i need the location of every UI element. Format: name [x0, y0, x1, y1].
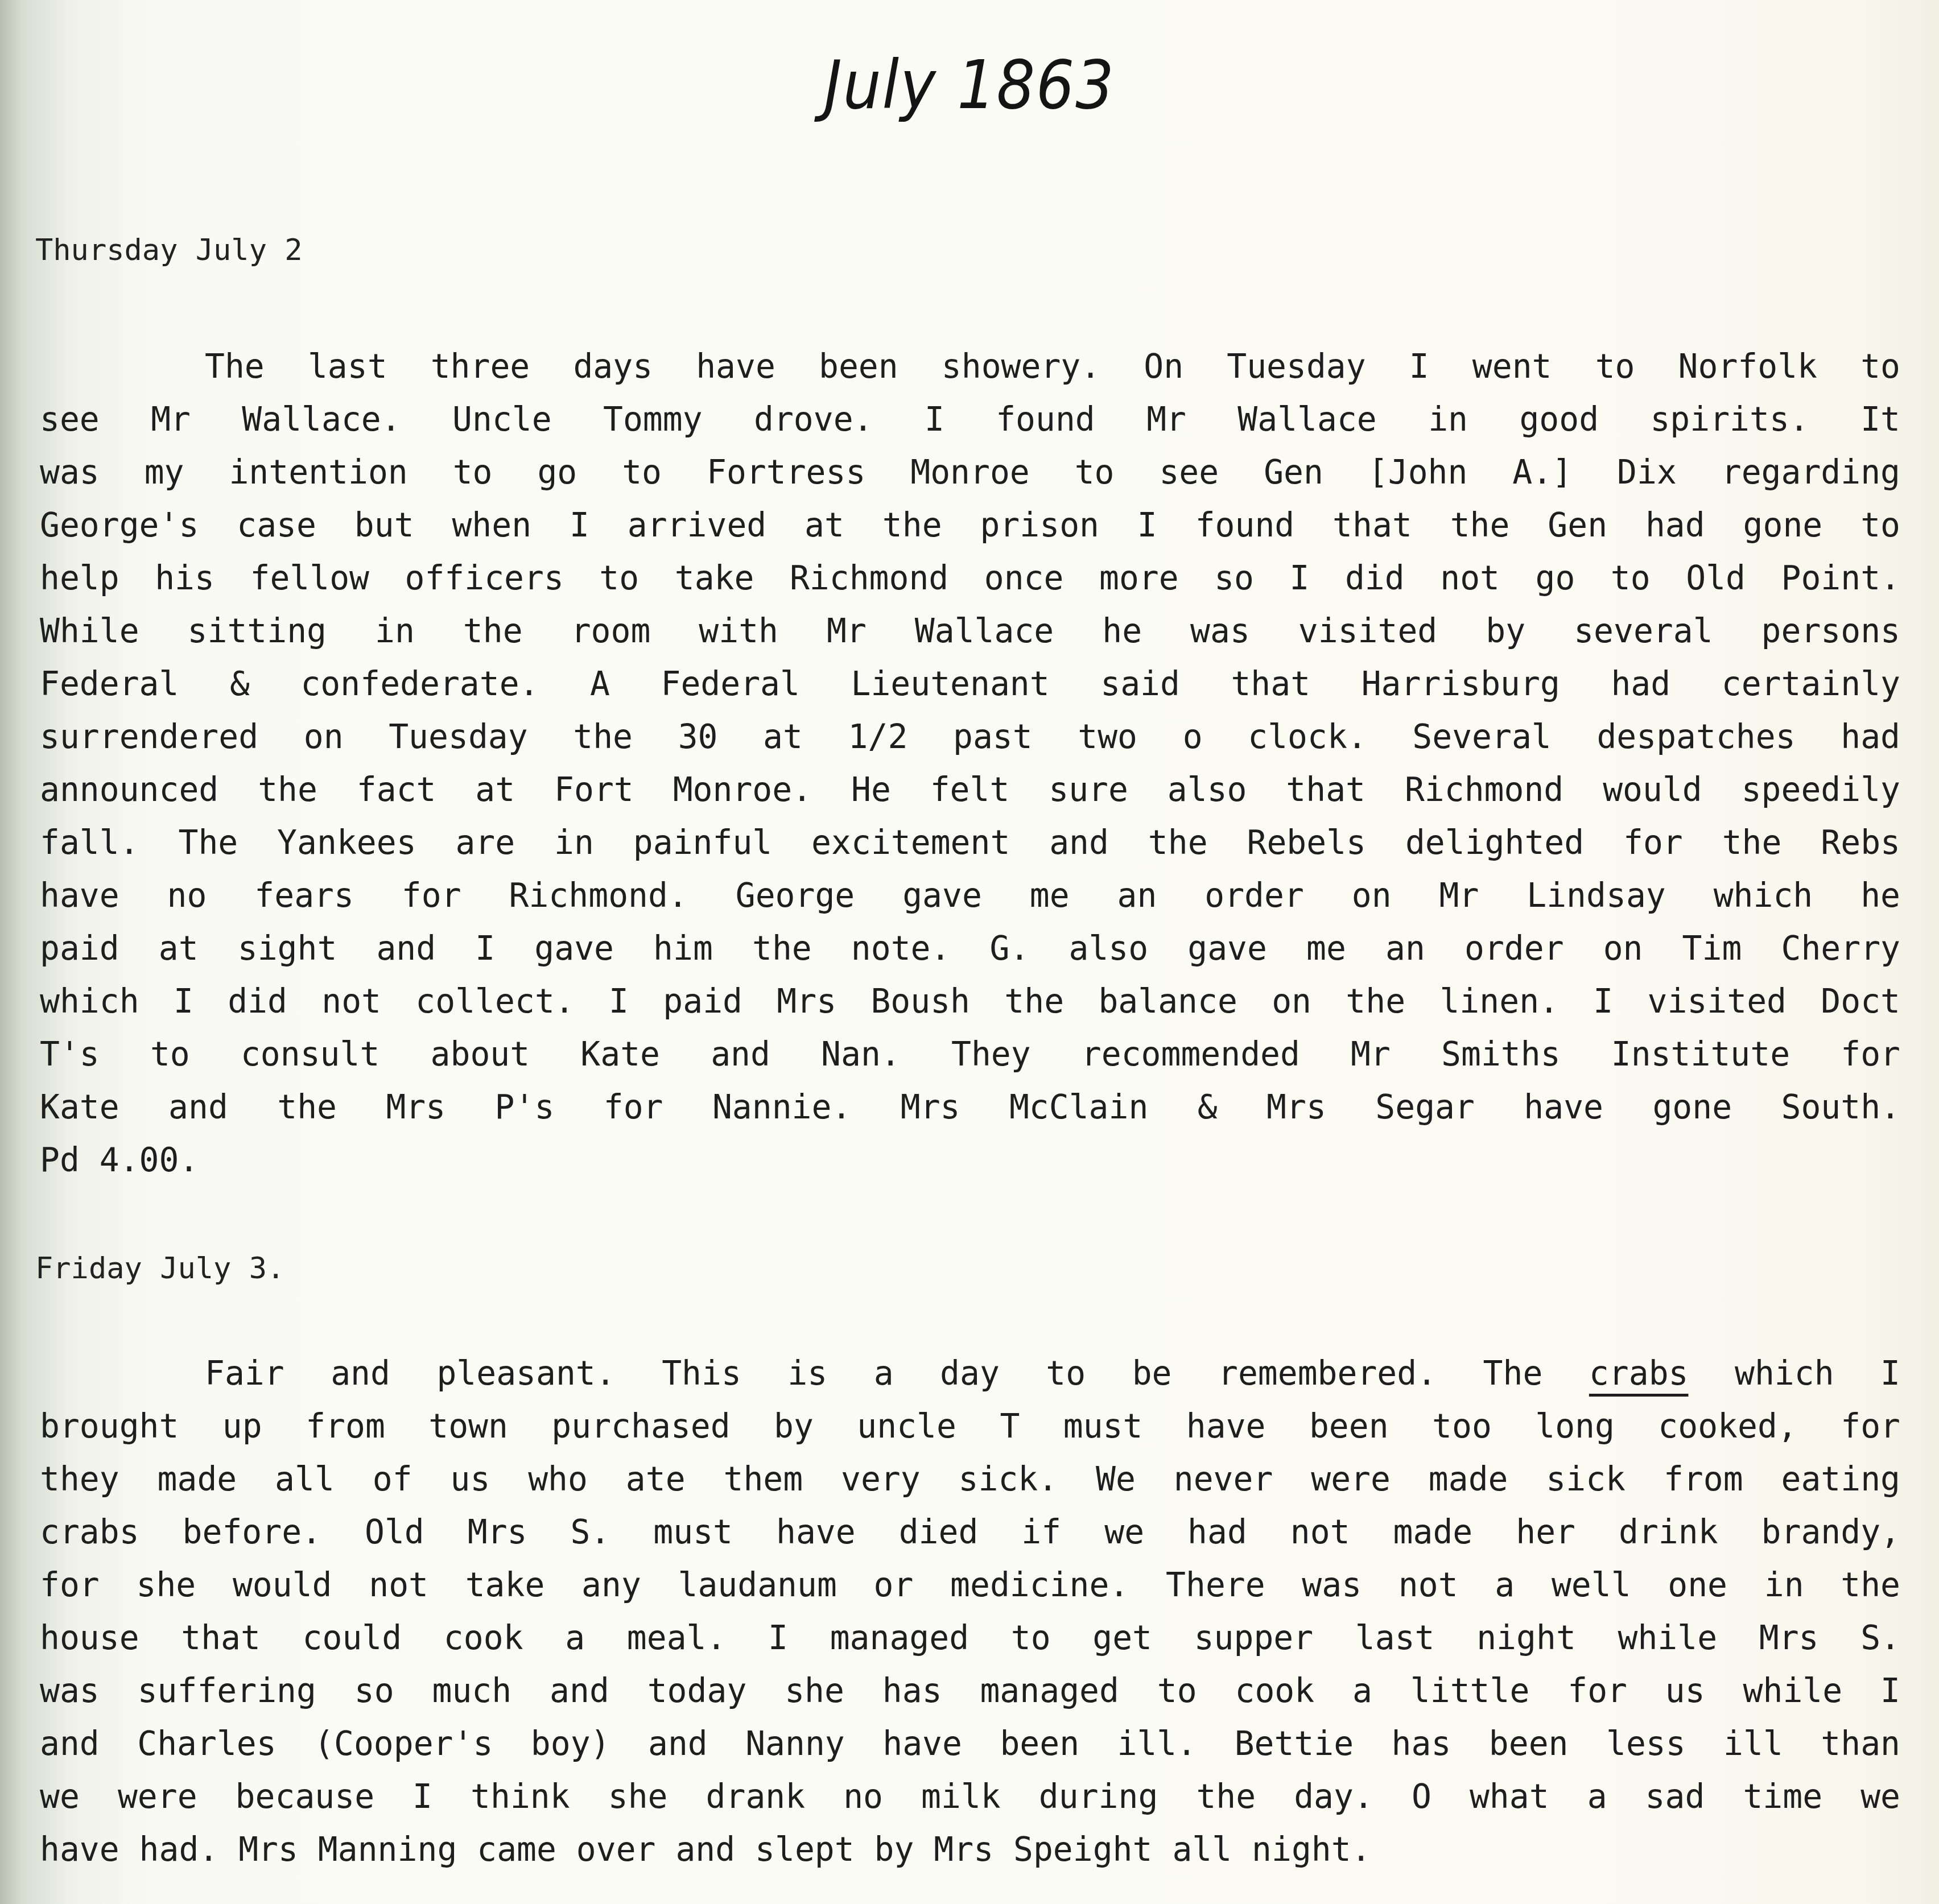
text-line: was my intention to go to Fortress Monro… — [40, 446, 1900, 499]
text-line: While sitting in the room with Mr Wallac… — [40, 605, 1900, 658]
entry-heading-thursday: Thursday July 2 — [35, 233, 303, 267]
text-line: help his fellow officers to take Richmon… — [40, 552, 1900, 605]
text-line: and Charles (Cooper's boy) and Nanny hav… — [40, 1717, 1900, 1770]
entry-body-friday: Fair and pleasant. This is a day to be r… — [40, 1347, 1900, 1876]
text-line: crabs before. Old Mrs S. must have died … — [40, 1506, 1900, 1559]
text-line: surrendered on Tuesday the 30 at 1/2 pas… — [40, 711, 1900, 763]
text-line: George's case but when I arrived at the … — [40, 499, 1900, 552]
text-fragment: which I — [1688, 1354, 1900, 1393]
text-line: The last three days have been showery. O… — [40, 340, 1900, 393]
text-line: Federal & confederate. A Federal Lieuten… — [40, 658, 1900, 711]
text-line: which I did not collect. I paid Mrs Bous… — [40, 975, 1900, 1028]
text-line: was suffering so much and today she has … — [40, 1665, 1900, 1717]
text-line: T's to consult about Kate and Nan. They … — [40, 1028, 1900, 1081]
text-line: we were because I think she drank no mil… — [40, 1770, 1900, 1823]
text-fragment: Fair and pleasant. This is a day to be r… — [205, 1354, 1589, 1393]
text-line: house that could cook a meal. I managed … — [40, 1612, 1900, 1665]
text-line: have had. Mrs Manning came over and slep… — [40, 1823, 1900, 1876]
diary-page: July 1863 Thursday July 2 The last three… — [0, 0, 1939, 1904]
text-line: Kate and the Mrs P's for Nannie. Mrs McC… — [40, 1081, 1900, 1134]
page-title: July 1863 — [97, 46, 1842, 124]
text-line: paid at sight and I gave him the note. G… — [40, 922, 1900, 975]
text-line: see Mr Wallace. Uncle Tommy drove. I fou… — [40, 393, 1900, 446]
text-line: have no fears for Richmond. George gave … — [40, 869, 1900, 922]
text-line: Pd 4.00. — [40, 1134, 1900, 1187]
text-line: announced the fact at Fort Monroe. He fe… — [40, 763, 1900, 816]
text-line: fall. The Yankees are in painful excitem… — [40, 816, 1900, 869]
entry-heading-friday: Friday July 3. — [35, 1252, 284, 1286]
text-line-first: Fair and pleasant. This is a day to be r… — [40, 1347, 1900, 1400]
text-line: for she would not take any laudanum or m… — [40, 1559, 1900, 1612]
text-line: brought up from town purchased by uncle … — [40, 1400, 1900, 1453]
underlined-word: crabs — [1589, 1354, 1689, 1393]
entry-body-thursday: The last three days have been showery. O… — [40, 340, 1900, 1187]
text-line: they made all of us who ate them very si… — [40, 1453, 1900, 1506]
